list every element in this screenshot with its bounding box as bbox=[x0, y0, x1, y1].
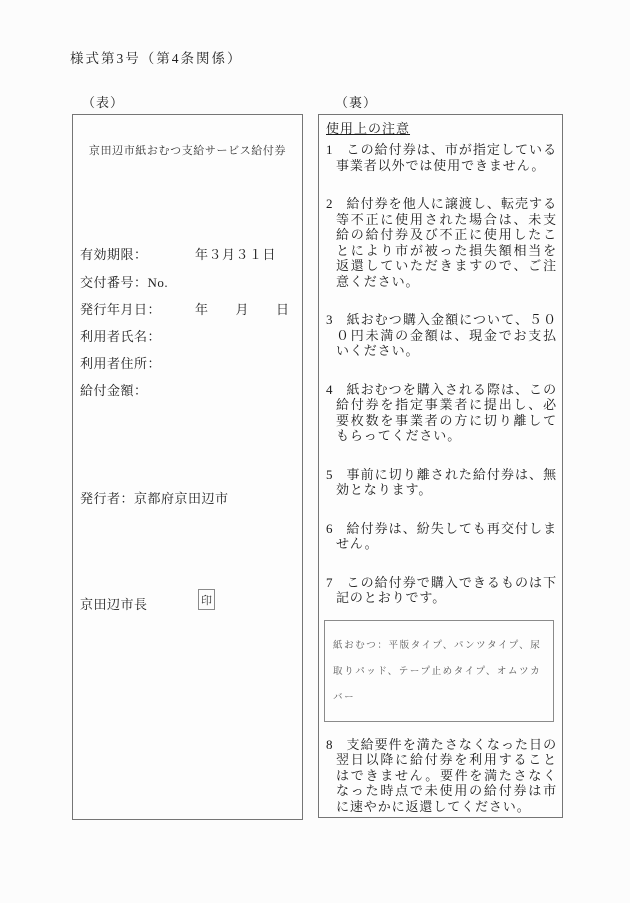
usage-note-8: 8支給要件を満たさなくなった日の翌日以降に給付券を利用することはできません。要件… bbox=[326, 737, 557, 815]
user-name-field: 利用者氏名： bbox=[80, 326, 298, 345]
note-text: 支給要件を満たさなくなった日の翌日以降に給付券を利用することはできません。要件を… bbox=[336, 737, 557, 814]
voucher-title: 京田辺市紙おむつ支給サービス給付券 bbox=[73, 142, 302, 158]
usage-note-5: 5事前に切り離された給付券は、無効となります。 bbox=[326, 467, 557, 498]
note-number: 5 bbox=[326, 467, 333, 482]
note-text: 給付券を他人に譲渡し、転売する等不正に使用された場合は、未支給の給付券及び不正に… bbox=[336, 196, 557, 289]
user-address-field: 利用者住所： bbox=[80, 353, 298, 372]
benefit-amount-field: 給付金額： bbox=[80, 380, 298, 399]
form-number-label: 様式第3号（第4条関係） bbox=[70, 47, 243, 67]
voucher-front-card: 京田辺市紙おむつ支給サービス給付券 有効期限： 年３月３１日 交付番号：No. … bbox=[72, 114, 303, 820]
usage-note-3: 3紙おむつ購入金額について、５００円未満の金額は、現金でお支払いください。 bbox=[326, 312, 557, 359]
purchasable-products-box: 紙おむつ：平版タイプ、パンツタイプ、尿取りパッド、テープ止めタイプ、オムツカバー bbox=[324, 620, 554, 722]
note-text: 紙おむつを購入される際は、この給付券を指定事業者に提出し、必要枚数を事業者の方に… bbox=[336, 382, 557, 444]
mayor-label: 京田辺市長 bbox=[80, 594, 298, 613]
note-number: 8 bbox=[326, 737, 333, 752]
note-number: 7 bbox=[326, 575, 333, 590]
note-number: 1 bbox=[326, 142, 333, 157]
document-page: 様式第3号（第4条関係） （表） （裏） 京田辺市紙おむつ支給サービス給付券 有… bbox=[0, 0, 630, 903]
usage-note-2: 2給付券を他人に譲渡し、転売する等不正に使用された場合は、未支給の給付券及び不正… bbox=[326, 196, 557, 289]
issuer-field: 発行者：京都府京田辺市 bbox=[80, 488, 298, 507]
note-number: 2 bbox=[326, 196, 333, 211]
note-text: この給付券で購入できるものは下記のとおりです。 bbox=[336, 575, 557, 606]
seal-placeholder: 印 bbox=[198, 589, 215, 610]
usage-note-7: 7この給付券で購入できるものは下記のとおりです。 bbox=[326, 575, 557, 606]
usage-note-4: 4紙おむつを購入される際は、この給付券を指定事業者に提出し、必要枚数を事業者の方… bbox=[326, 382, 557, 444]
back-side-label: （裏） bbox=[335, 92, 377, 111]
note-text: 紙おむつ購入金額について、５００円未満の金額は、現金でお支払いください。 bbox=[336, 312, 557, 358]
note-text: この給付券は、市が指定している事業者以外では使用できません。 bbox=[336, 142, 557, 173]
issue-date-field: 発行年月日： 年 月 日 bbox=[80, 299, 298, 318]
expiry-field: 有効期限： 年３月３１日 bbox=[80, 244, 298, 263]
note-number: 3 bbox=[326, 312, 333, 327]
voucher-back-card: 使用上の注意 1この給付券は、市が指定している事業者以外では使用できません。 2… bbox=[318, 114, 563, 818]
usage-note-6: 6給付券は、紛失しても再交付しません。 bbox=[326, 521, 557, 552]
usage-note-1: 1この給付券は、市が指定している事業者以外では使用できません。 bbox=[326, 142, 557, 173]
issue-number-field: 交付番号：No. bbox=[80, 272, 298, 291]
note-number: 4 bbox=[326, 382, 333, 397]
note-number: 6 bbox=[326, 521, 333, 536]
front-side-label: （表） bbox=[82, 92, 124, 111]
usage-notes-heading: 使用上の注意 bbox=[326, 118, 410, 137]
note-text: 事前に切り離された給付券は、無効となります。 bbox=[336, 467, 557, 498]
note-text: 給付券は、紛失しても再交付しません。 bbox=[336, 521, 557, 552]
